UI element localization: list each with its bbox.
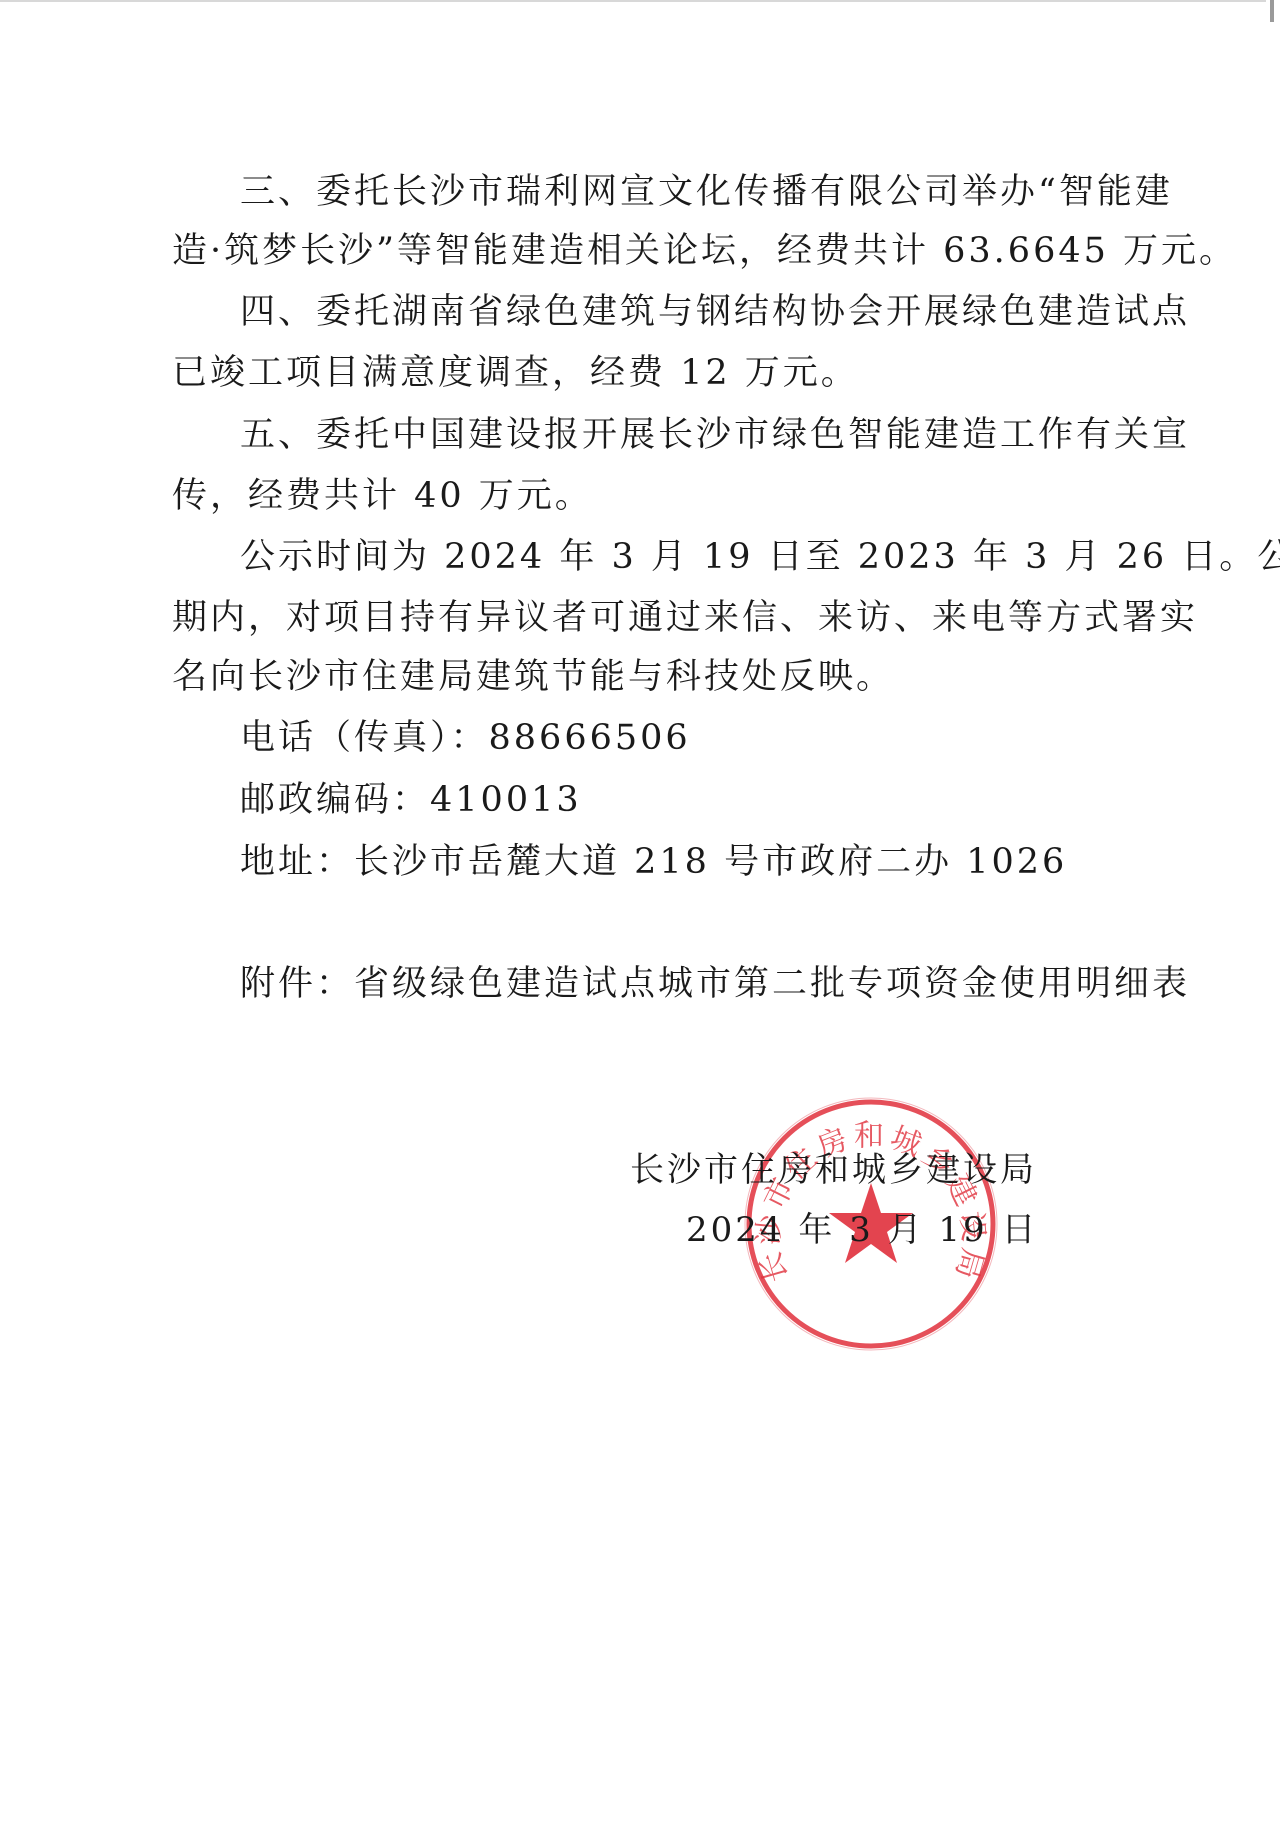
- address-value: 长沙市岳麓大道 218 号市政府二办 1026: [354, 842, 1067, 882]
- postcode-label: 邮政编码：: [240, 780, 430, 820]
- postcode-value: 410013: [430, 780, 582, 820]
- paragraph-4-line-2: 已竣工项目满意度调查，经费 12 万元。: [172, 351, 859, 395]
- attachment-line: 附件：省级绿色建造试点城市第二批专项资金使用明细表: [240, 962, 1190, 1006]
- paragraph-4-line-1: 四、委托湖南省绿色建筑与钢结构协会开展绿色建造试点: [240, 290, 1190, 334]
- paragraph-5-line-2: 传，经费共计 40 万元。: [172, 474, 593, 518]
- notice-line-3: 名向长沙市住建局建筑节能与科技处反映。: [172, 655, 894, 699]
- signature-organization: 长沙市住房和城乡建设局: [630, 1148, 1037, 1192]
- notice-line-2: 期内，对项目持有异议者可通过来信、来访、来电等方式署实: [172, 596, 1198, 640]
- paragraph-5-line-1: 五、委托中国建设报开展长沙市绿色智能建造工作有关宣: [240, 413, 1190, 457]
- paragraph-3-line-2: 造·筑梦长沙”等智能建造相关论坛，经费共计 63.6645 万元。: [172, 229, 1237, 273]
- page-edge-shadow: [1270, 0, 1274, 22]
- attachment-label: 附件：: [240, 964, 354, 1004]
- address-line: 地址：长沙市岳麓大道 218 号市政府二办 1026: [240, 840, 1067, 884]
- notice-line-1: 公示时间为 2024 年 3 月 19 日至 2023 年 3 月 26 日。公…: [240, 535, 1280, 579]
- phone-value: 88666506: [489, 718, 691, 758]
- phone-label: 电话（传真）：: [240, 718, 489, 758]
- page-edge: [0, 0, 1266, 2]
- postcode-line: 邮政编码：410013: [240, 778, 582, 822]
- phone-line: 电话（传真）：88666506: [240, 716, 691, 760]
- paragraph-3-line-1: 三、委托长沙市瑞利网宣文化传播有限公司举办“智能建: [240, 170, 1173, 214]
- address-label: 地址：: [240, 842, 354, 882]
- signature-date: 2024 年 3 月 19 日: [686, 1208, 1038, 1252]
- attachment-value: 省级绿色建造试点城市第二批专项资金使用明细表: [354, 964, 1190, 1004]
